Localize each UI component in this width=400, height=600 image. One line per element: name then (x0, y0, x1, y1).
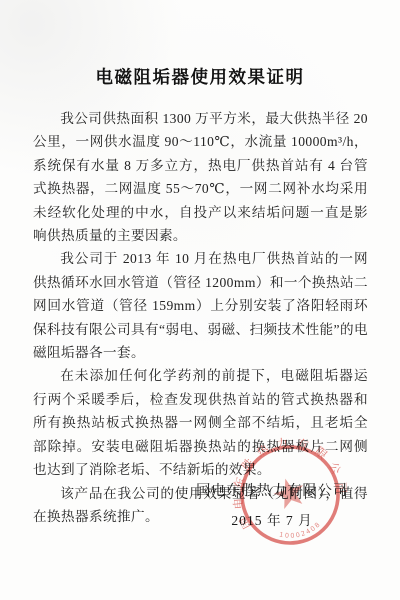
seal-star-icon (271, 474, 308, 510)
paragraph-installation: 我公司于 2013 年 10 月在热电厂供热首站的一网供热循环水回水管道（管径 … (33, 247, 368, 364)
company-seal-stamp: 国电东胜热力有限公司 10002408 (229, 434, 351, 556)
certificate-page: 电磁阻垢器使用效果证明 我公司供热面积 1300 万平方米，最大供热半径 20 … (0, 0, 400, 600)
document-title: 电磁阻垢器使用效果证明 (0, 0, 400, 89)
paragraph-overview: 我公司供热面积 1300 万平方米，最大供热半径 20 公里，一网供水温度 90… (33, 107, 368, 247)
